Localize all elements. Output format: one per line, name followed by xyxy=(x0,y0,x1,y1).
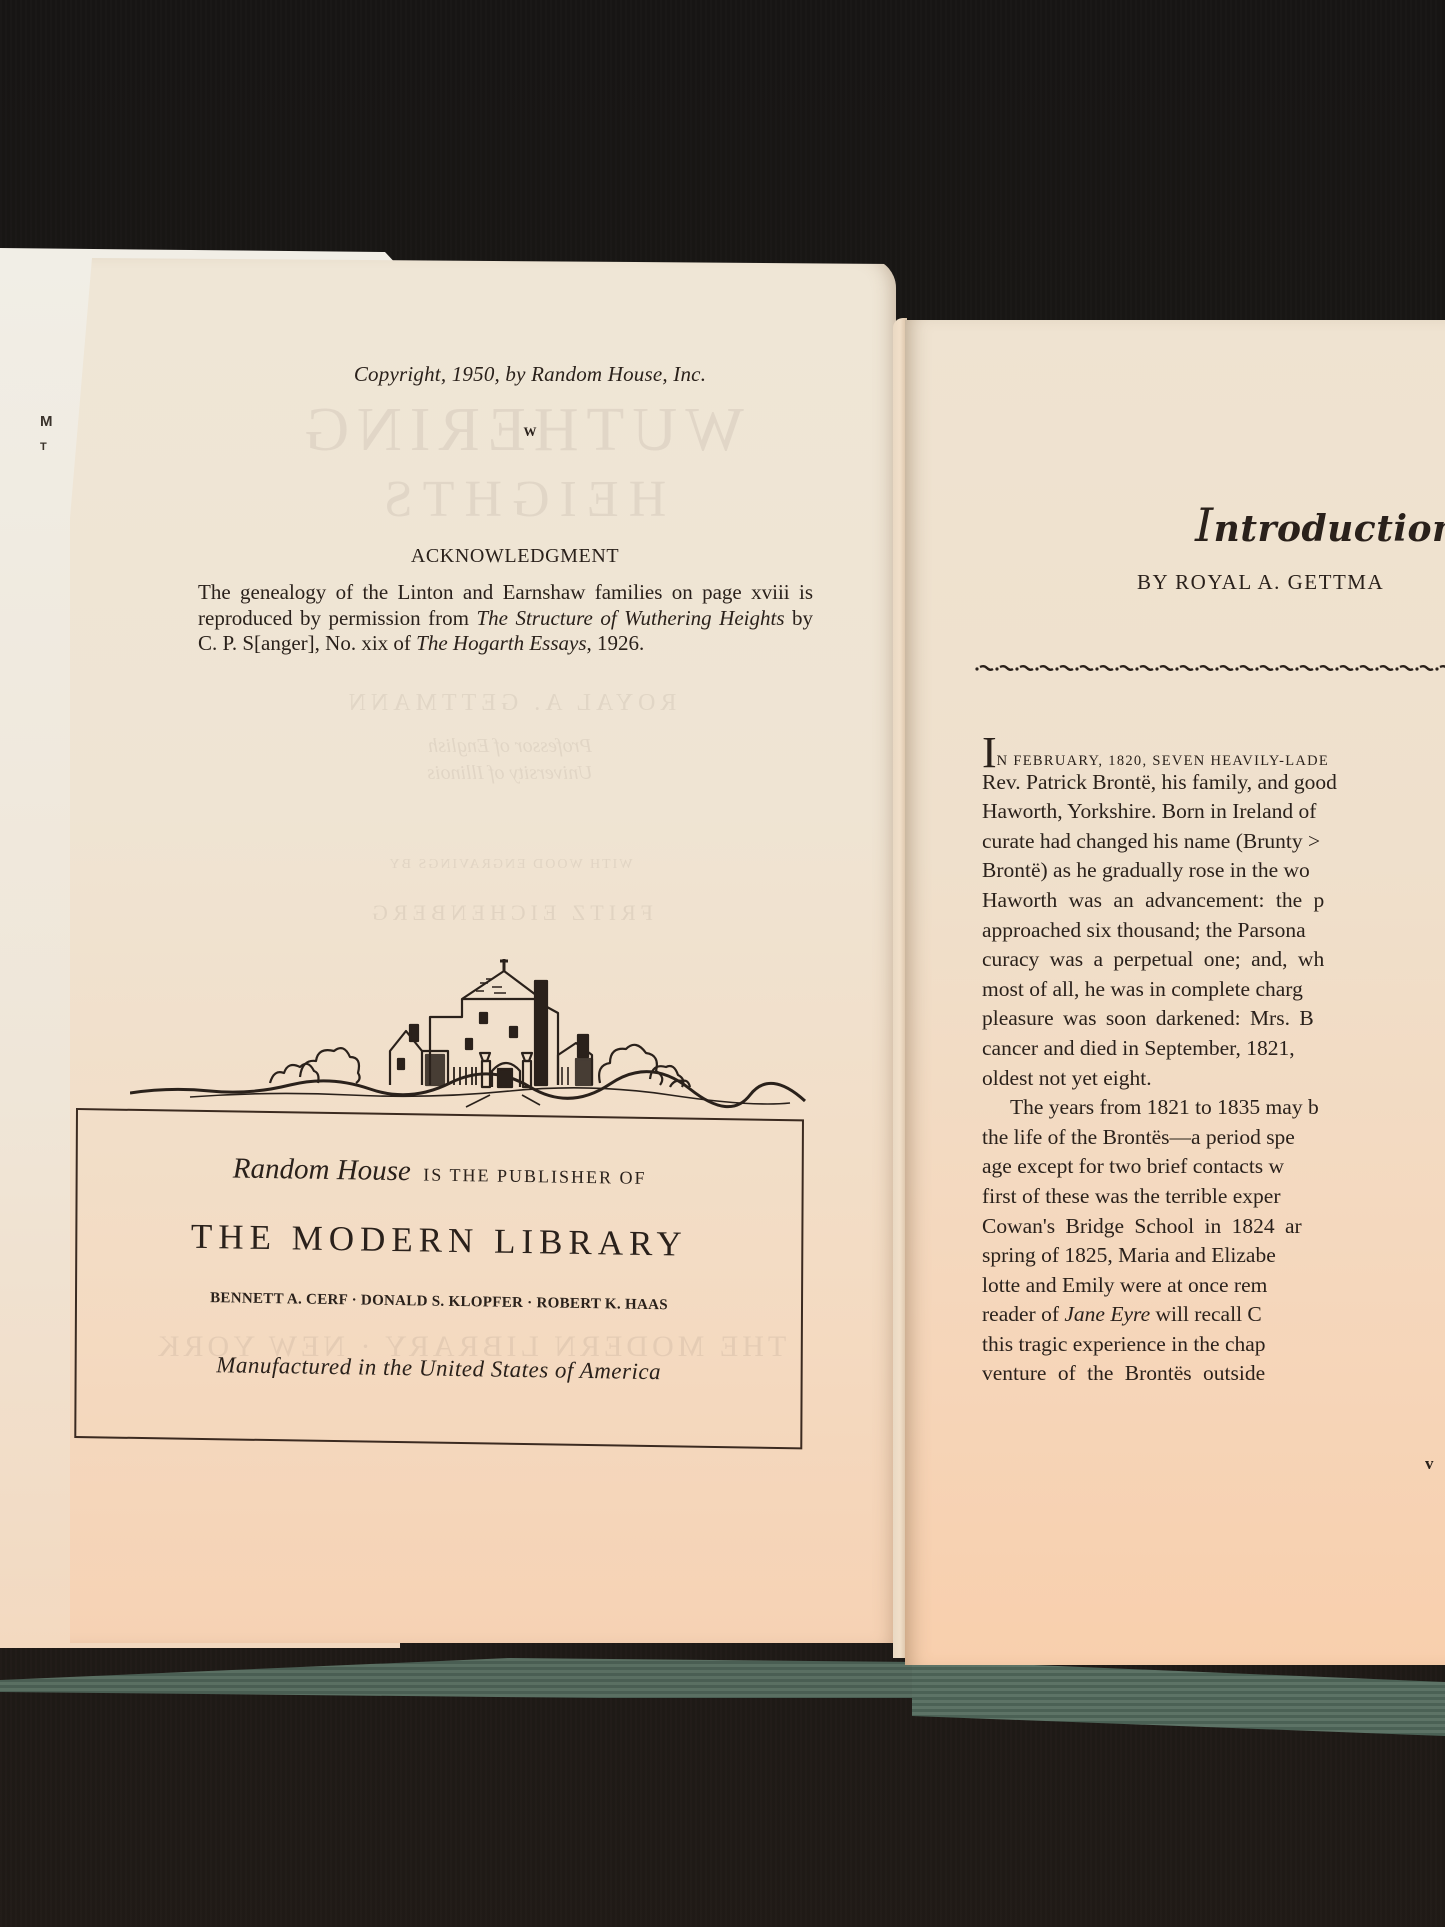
ack-text: , 1926. xyxy=(587,631,645,655)
title-rest: ntroduction xyxy=(1214,508,1445,550)
body-line: The years from 1821 to 1835 may b xyxy=(982,1093,1445,1123)
body-line: Cowan's Bridge School in 1824 ar xyxy=(982,1212,1445,1242)
body-line: lotte and Emily were at once rem xyxy=(982,1271,1445,1301)
manufactured-line: Manufactured in the United States of Ame… xyxy=(77,1350,801,1387)
introduction-body: IN FEBRUARY, 1820, SEVEN HEAVILY-LADE Re… xyxy=(982,738,1445,1389)
body-line: cancer and died in September, 1821, xyxy=(982,1034,1445,1064)
body-line: Brontë) as he gradually rose in the wo xyxy=(982,856,1445,886)
bleed-through-line: FRITZ EICHENBERG xyxy=(290,900,730,926)
title-initial: I xyxy=(1195,498,1214,552)
founders-line: BENNETT A. CERF · DONALD S. KLOPFER · RO… xyxy=(77,1288,801,1316)
body-text: will recall C xyxy=(1150,1302,1262,1326)
imprint-name: THE MODERN LIBRARY xyxy=(77,1215,801,1266)
book-title-jane-eyre: Jane Eyre xyxy=(1064,1302,1150,1326)
body-line: the life of the Brontës—a period spe xyxy=(982,1123,1445,1153)
bleed-through-line: ROYAL A. GETTMANN xyxy=(300,690,720,717)
introduction-title: Introduction xyxy=(1195,498,1445,552)
bleed-through-line: WITH WOOD ENGRAVINGS BY xyxy=(300,857,720,873)
publisher-of-label: IS THE PUBLISHER OF xyxy=(423,1164,646,1188)
body-line: Haworth, Yorkshire. Born in Ireland of xyxy=(982,797,1445,827)
publisher-statement: Random House IS THE PUBLISHER OF xyxy=(78,1150,802,1194)
ack-series-title: The Hogarth Essays xyxy=(416,631,586,655)
ack-book-title: The Structure of Wuthering Heights xyxy=(476,606,784,630)
body-line: approached six thousand; the Parsona xyxy=(982,916,1445,946)
body-line: first of these was the terrible exper xyxy=(982,1182,1445,1212)
body-line: Haworth was an advancement: the p xyxy=(982,886,1445,916)
bleed-through-line: HEIGHTS xyxy=(320,470,720,529)
body-line: reader of Jane Eyre will recall C xyxy=(982,1300,1445,1330)
bleed-through-line: University of Illinois xyxy=(300,762,720,785)
body-line: curate had changed his name (Brunty > xyxy=(982,827,1445,857)
body-line: Rev. Patrick Brontë, his family, and goo… xyxy=(982,768,1445,798)
body-line: age except for two brief contacts w xyxy=(982,1152,1445,1182)
publisher-box: Random House IS THE PUBLISHER OF THE MOD… xyxy=(74,1108,804,1449)
copyright-line: Copyright, 1950, by Random House, Inc. xyxy=(0,362,1060,387)
body-text: reader of xyxy=(982,1302,1064,1326)
body-line: this tragic experience in the chap xyxy=(982,1330,1445,1360)
body-line: venture of the Brontës outside xyxy=(982,1359,1445,1389)
decorative-rule-ornament xyxy=(975,662,1445,676)
smallcaps-lead: N FEBRUARY, 1820, SEVEN HEAVILY-LADE xyxy=(997,753,1329,769)
body-line: curacy was a perpetual one; and, wh xyxy=(982,945,1445,975)
body-line: IN FEBRUARY, 1820, SEVEN HEAVILY-LADE xyxy=(982,738,1445,768)
sheet-glyph: T xyxy=(40,441,47,453)
bleed-through-line: Professor of English xyxy=(300,735,720,758)
body-line: oldest not yet eight. xyxy=(982,1064,1445,1094)
body-line: spring of 1825, Maria and Elizabe xyxy=(982,1241,1445,1271)
acknowledgment-heading: ACKNOWLEDGMENT xyxy=(0,545,1030,568)
colophon-mark: W xyxy=(0,424,1060,440)
publisher-name: Random House xyxy=(233,1152,411,1187)
body-line: most of all, he was in complete charg xyxy=(982,975,1445,1005)
house-woodcut-illustration xyxy=(130,955,810,1115)
body-line: pleasure was soon darkened: Mrs. B xyxy=(982,1004,1445,1034)
page-number: v xyxy=(1425,1454,1434,1474)
acknowledgment-body: The genealogy of the Linton and Earnshaw… xyxy=(198,580,813,657)
introduction-byline: BY ROYAL A. GETTMA xyxy=(1137,570,1384,595)
